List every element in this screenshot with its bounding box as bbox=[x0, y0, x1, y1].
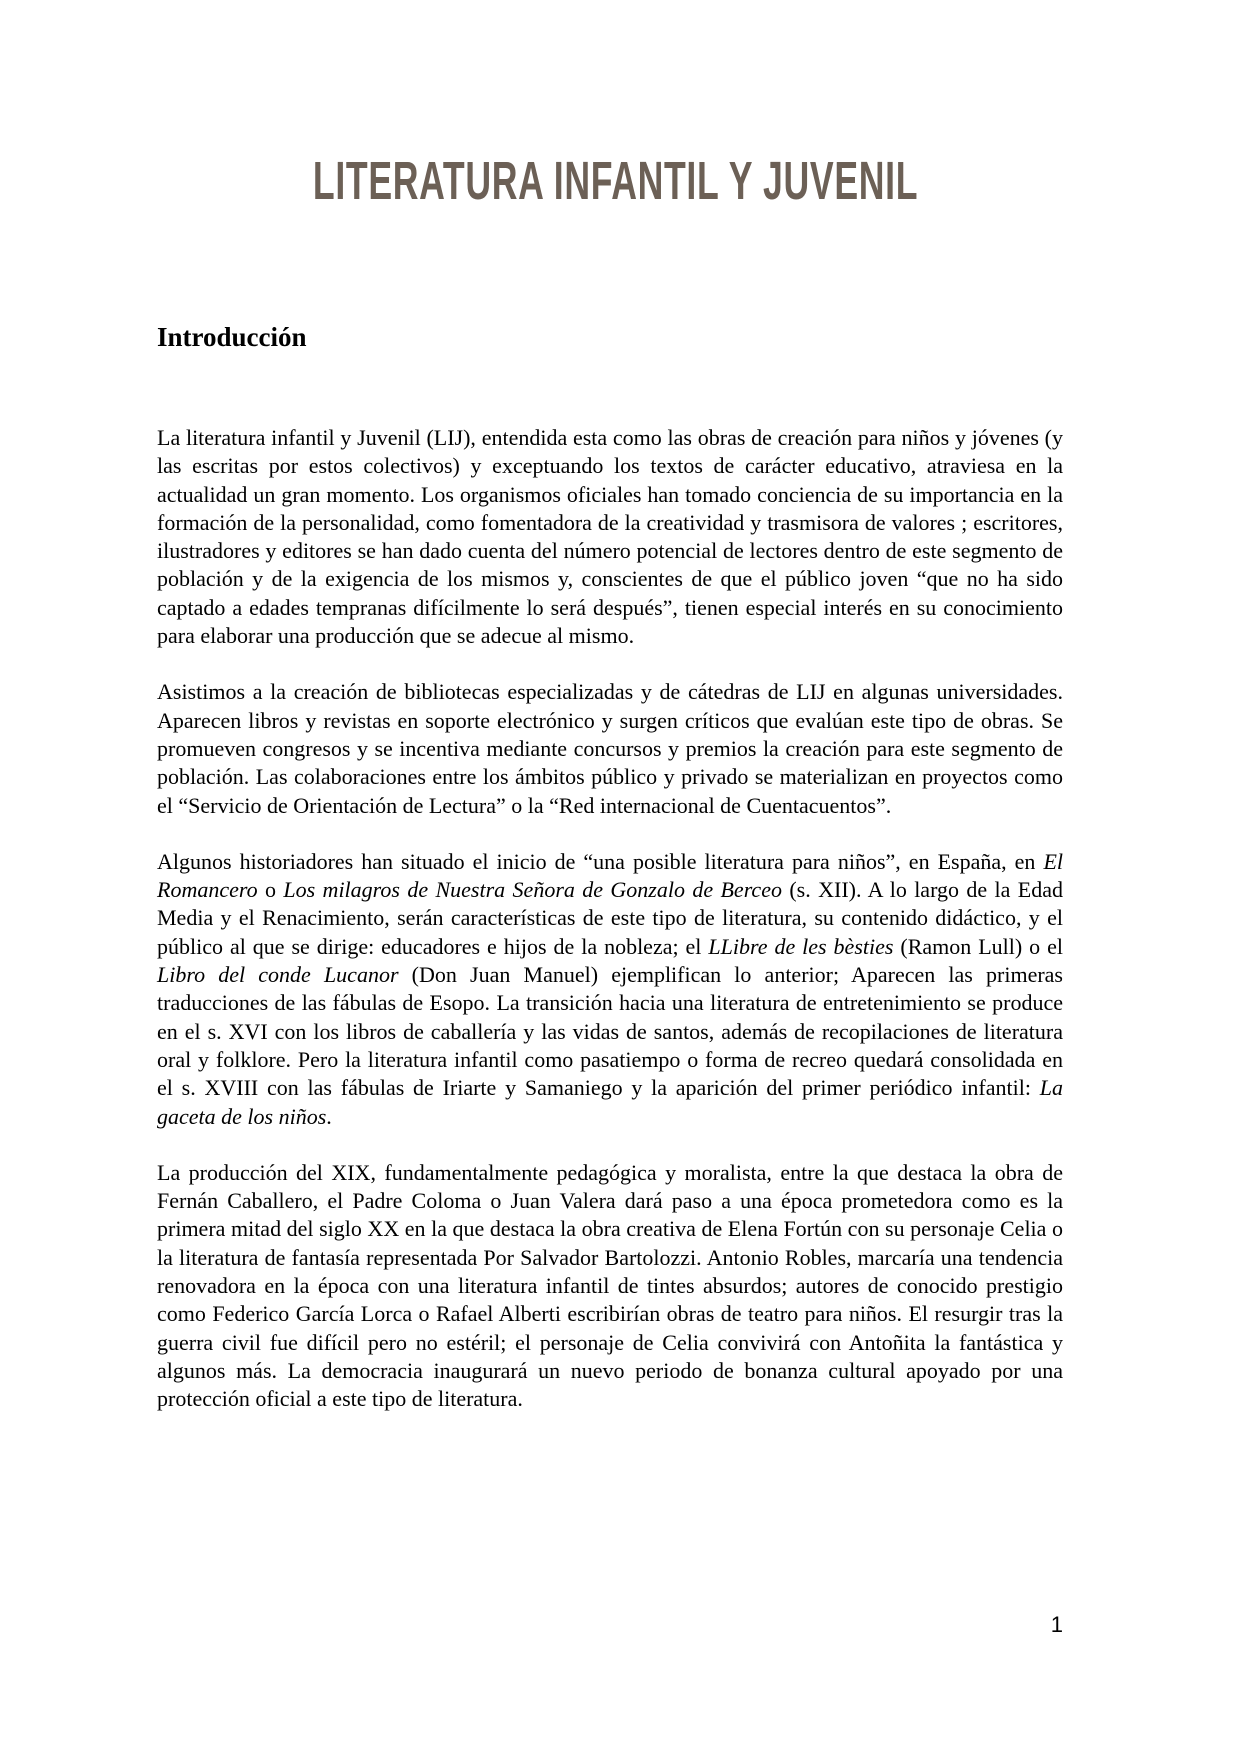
text-run: Asistimos a la creación de bibliotecas e… bbox=[157, 679, 1063, 817]
italic-text-run: Libro del conde Lucanor bbox=[157, 962, 399, 987]
paragraph: La literatura infantil y Juvenil (LIJ), … bbox=[157, 424, 1063, 650]
italic-text-run: Los milagros de Nuestra Señora de Gonzal… bbox=[283, 877, 782, 902]
paragraph: La producción del XIX, fundamentalmente … bbox=[157, 1159, 1063, 1414]
text-run: . bbox=[326, 1104, 332, 1129]
section-heading: Introducción bbox=[157, 322, 307, 353]
text-run: (Ramon Lull) o el bbox=[893, 934, 1063, 959]
paragraph: Asistimos a la creación de bibliotecas e… bbox=[157, 678, 1063, 819]
text-run: Algunos historiadores han situado el ini… bbox=[157, 849, 1043, 874]
text-run: o bbox=[258, 877, 284, 902]
paragraph: Algunos historiadores han situado el ini… bbox=[157, 848, 1063, 1131]
italic-text-run: LLibre de les bèsties bbox=[708, 934, 893, 959]
text-run: La literatura infantil y Juvenil (LIJ), … bbox=[157, 425, 1063, 648]
document-body: La literatura infantil y Juvenil (LIJ), … bbox=[157, 424, 1063, 1442]
document-title-container: LITERATURA INFANTIL Y JUVENIL bbox=[157, 150, 1063, 212]
page-number: 1 bbox=[157, 1612, 1063, 1638]
page-title: LITERATURA INFANTIL Y JUVENIL bbox=[313, 150, 918, 212]
text-run: La producción del XIX, fundamentalmente … bbox=[157, 1160, 1063, 1411]
document-page: LITERATURA INFANTIL Y JUVENIL Introducci… bbox=[0, 0, 1241, 1754]
